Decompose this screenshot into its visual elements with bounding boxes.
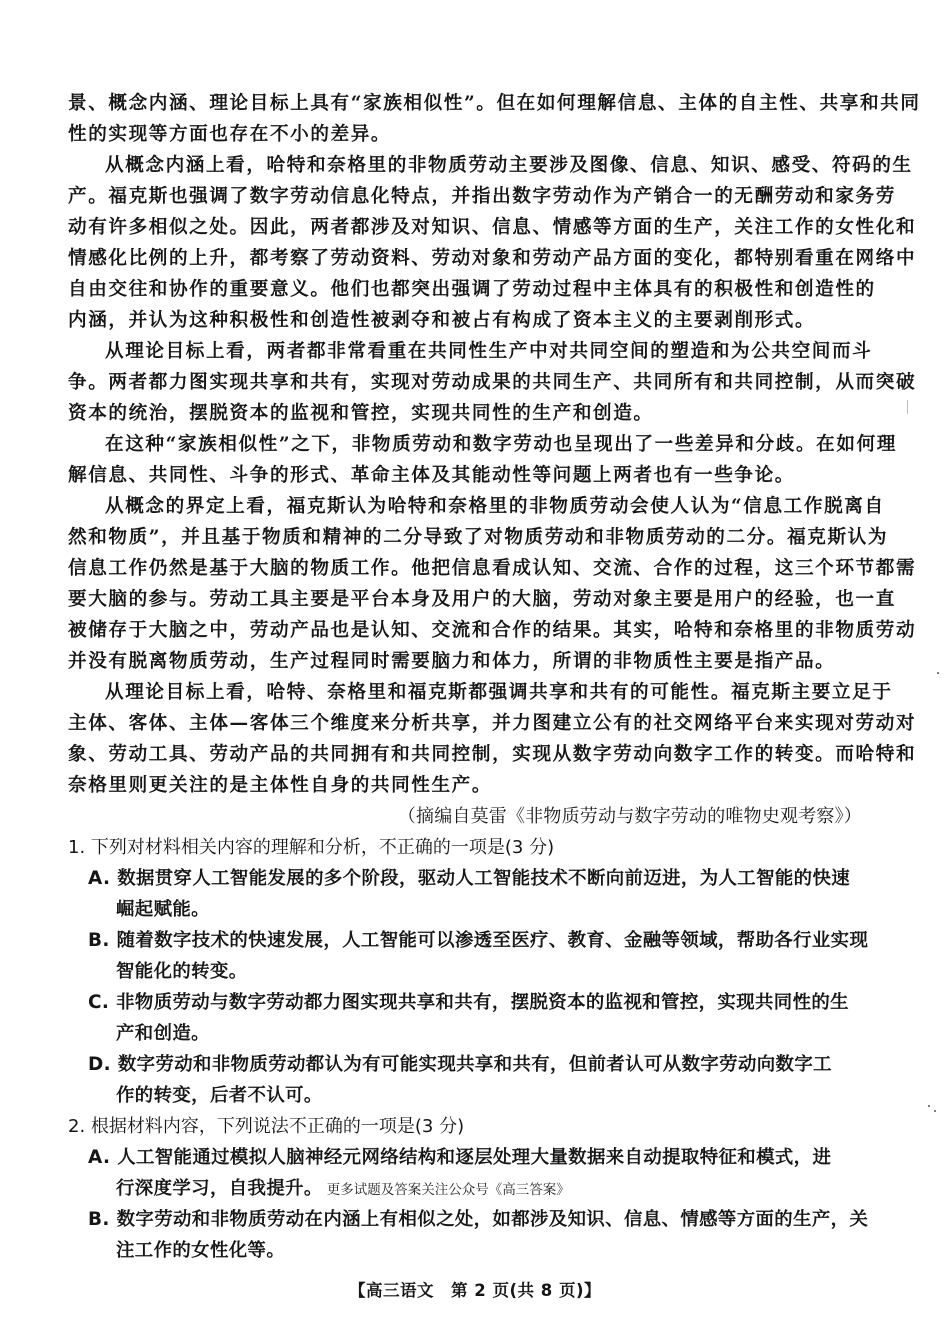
option-a[interactable]: A. 数据贯穿人工智能发展的多个阶段，驱动人工智能技术不断向前迈进，为人工智能的… [68,863,868,925]
option-text: 数据贯穿人工智能发展的多个阶段，驱动人工智能技术不断向前迈进，为人工智能的快速 [117,868,850,889]
text-line: 自由交往和协作的重要意义。他们也都突出强调了劳动过程中主体具有的积极性和创造性的 [68,274,868,305]
option-a[interactable]: A. 人工智能通过模拟人脑神经元网络结构和逐层处理大量数据来自动提取特征和模式，… [68,1142,868,1204]
text-line: 然和物质”，并且基于物质和精神的二分导致了对物质劳动和非物质劳动的二分。福克斯认… [68,522,868,553]
text-line: 从概念内涵上看，哈特和奈格里的非物质劳动主要涉及图像、信息、知识、感受、符码的生 [68,150,868,181]
option-text: 崛起赋能。 [68,894,868,925]
option-text: 数字劳动和非物质劳动都认为有可能实现共享和共有，但前者认可从数字劳动向数字工 [118,1054,832,1075]
option-label: B. [88,930,110,951]
watermark-text: 更多试题及答案关注公众号《高三答案》 [327,1182,570,1198]
text-line: 从理论目标上看，哈特、奈格里和福克斯都强调共享和共有的可能性。福克斯主要立足于 [68,677,868,708]
question-stem: 2. 根据材料内容，下列说法不正确的一项是(3 分) [68,1111,868,1142]
text-line: 性的实现等方面也存在不小的差异。 [68,119,868,150]
scan-speck [937,672,939,674]
scan-speck [907,400,908,414]
text-line: 信息工作仍然是基于大脑的物质工作。他把信息看成认知、交流、合作的过程，这三个环节… [68,553,868,584]
text-line: 争。两者都力图实现共享和共有，实现对劳动成果的共同生产、共同所有和共同控制，从而… [68,367,868,398]
option-label: A. [88,1147,110,1168]
passage-paragraph: 从概念的界定上看，福克斯认为哈特和奈格里的非物质劳动会使人认为“信息工作脱离自 … [68,491,868,677]
option-label: A. [88,868,110,889]
option-b[interactable]: B. 随着数字技术的快速发展，人工智能可以渗透至医疗、教育、金融等领域，帮助各行… [68,925,868,987]
option-d[interactable]: D. 数字劳动和非物质劳动都认为有可能实现共享和共有，但前者认可从数字劳动向数字… [68,1049,868,1111]
option-b[interactable]: B. 数字劳动和非物质劳动在内涵上有相似之处，如都涉及知识、信息、情感等方面的生… [68,1204,868,1266]
question-2: 2. 根据材料内容，下列说法不正确的一项是(3 分) A. 人工智能通过模拟人脑… [68,1111,868,1266]
page-footer: 【高三语文 第 2 页(共 8 页)】 [0,1277,950,1301]
text-line: 并没有脱离物质劳动，生产过程同时需要脑力和体力，所谓的非物质性主要是指产品。 [68,646,868,677]
text-line: 主体、客体、主体—客体三个维度来分析共享，并力图建立公有的社交网络平台来实现对劳… [68,708,868,739]
text-line: 被储存于大脑之中，劳动产品也是认知、交流和合作的结果。其实，哈特和奈格里的非物质… [68,615,868,646]
text-line: 产。福克斯也强调了数字劳动信息化特点，并指出数字劳动作为产销合一的无酬劳动和家务… [68,181,868,212]
option-text: 作的转变，后者不认可。 [68,1080,868,1111]
option-text: 数字劳动和非物质劳动在内涵上有相似之处，如都涉及知识、信息、情感等方面的生产，关 [117,1209,869,1230]
passage-paragraph: 在这种“家族相似性”之下，非物质劳动和数字劳动也呈现出了一些差异和分歧。在如何理… [68,429,868,491]
option-label: B. [88,1209,110,1230]
source-citation: （摘编自莫雷《非物质劳动与数字劳动的唯物史观考察》） [68,801,868,832]
option-text: 非物质劳动与数字劳动都力图实现共享和共有，摆脱资本的监视和管控，实现共同性的生 [116,992,849,1013]
question-1: 1. 下列对材料相关内容的理解和分析，不正确的一项是(3 分) A. 数据贯穿人… [68,832,868,1111]
passage-paragraph: 从理论目标上看，两者都非常看重在共同性生产中对共同空间的塑造和为公共空间而斗 争… [68,336,868,429]
option-label: D. [88,1054,111,1075]
text-line: 从概念的界定上看，福克斯认为哈特和奈格里的非物质劳动会使人认为“信息工作脱离自 [68,491,868,522]
exam-page: 景、概念内涵、理论目标上具有“家族相似性”。但在如何理解信息、主体的自主性、共享… [68,88,868,1266]
text-line: 资本的统治，摆脱资本的监视和管控，实现共同性的生产和创造。 [68,398,868,429]
text-line: 在这种“家族相似性”之下，非物质劳动和数字劳动也呈现出了一些差异和分歧。在如何理 [68,429,868,460]
option-c[interactable]: C. 非物质劳动与数字劳动都力图实现共享和共有，摆脱资本的监视和管控，实现共同性… [68,987,868,1049]
option-text: 注工作的女性化等。 [68,1235,868,1266]
passage-paragraph: 景、概念内涵、理论目标上具有“家族相似性”。但在如何理解信息、主体的自主性、共享… [68,88,868,150]
option-label: C. [88,992,109,1013]
option-text: 人工智能通过模拟人脑神经元网络结构和逐层处理大量数据来自动提取特征和模式，进 [117,1147,831,1168]
option-text: 随着数字技术的快速发展，人工智能可以渗透至医疗、教育、金融等领域，帮助各行业实现 [117,930,869,951]
text-line: 内涵，并认为这种积极性和创造性被剥夺和被占有构成了资本主义的主要剥削形式。 [68,305,868,336]
text-line: 要大脑的参与。劳动工具主要是平台本身及用户的大脑，劳动对象主要是用户的经验，也一… [68,584,868,615]
question-stem: 1. 下列对材料相关内容的理解和分析，不正确的一项是(3 分) [68,832,868,863]
text-line: 动有许多相似之处。因此，两者都涉及对知识、信息、情感等方面的生产，关注工作的女性… [68,212,868,243]
text-line: 景、概念内涵、理论目标上具有“家族相似性”。但在如何理解信息、主体的自主性、共享… [68,88,868,119]
scan-speck [928,1105,930,1107]
option-text: 行深度学习，自我提升。 [116,1178,323,1199]
text-line: 解信息、共同性、斗争的形式、革命主体及其能动性等问题上两者也有一些争论。 [68,460,868,491]
passage-paragraph: 从理论目标上看，哈特、奈格里和福克斯都强调共享和共有的可能性。福克斯主要立足于 … [68,677,868,801]
text-line: 情感化比例的上升，都考察了劳动资料、劳动对象和劳动产品方面的变化，都特别看重在网… [68,243,868,274]
text-line: 象、劳动工具、劳动产品的共同拥有和共同控制，实现从数字劳动向数字工作的转变。而哈… [68,739,868,770]
text-line: 从理论目标上看，两者都非常看重在共同性生产中对共同空间的塑造和为公共空间而斗 [68,336,868,367]
text-line: 奈格里则更关注的是主体性自身的共同性生产。 [68,770,868,801]
option-text: 智能化的转变。 [68,956,868,987]
scan-speck [934,1110,936,1112]
option-text: 产和创造。 [68,1018,868,1049]
passage-paragraph: 从概念内涵上看，哈特和奈格里的非物质劳动主要涉及图像、信息、知识、感受、符码的生… [68,150,868,336]
